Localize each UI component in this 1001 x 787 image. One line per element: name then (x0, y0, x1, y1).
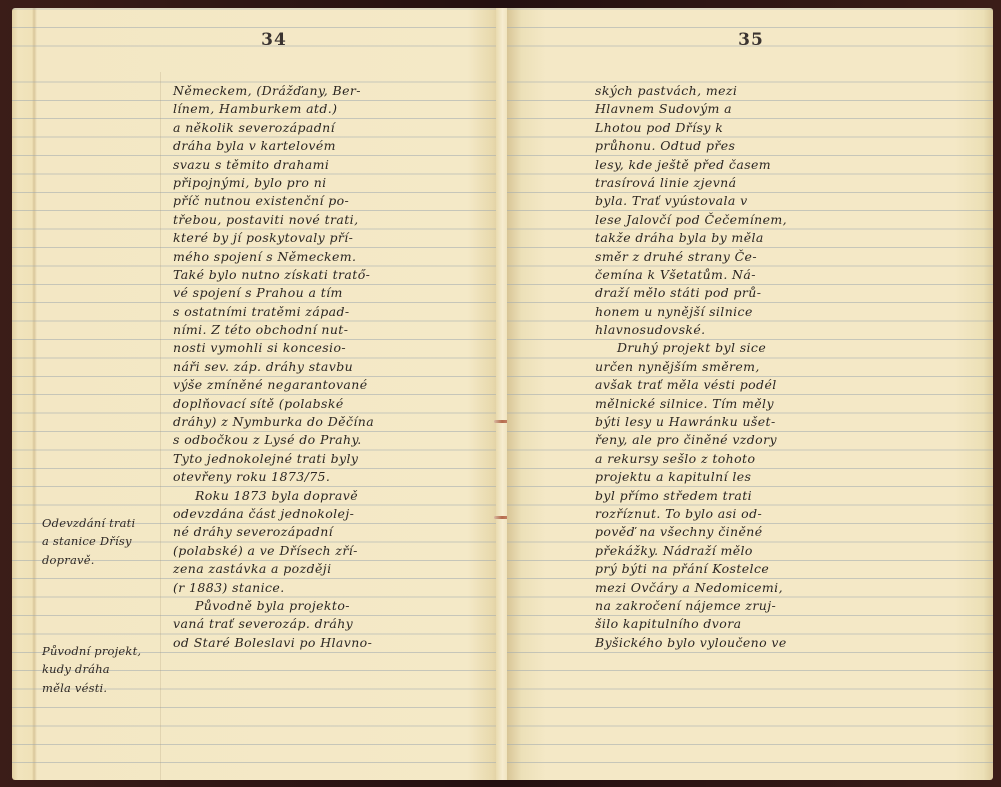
text-line: ských pastvách, mezi (595, 82, 787, 100)
margin-note-line: kudy dráha (42, 660, 141, 678)
margin-note-line: Odevzdání trati (42, 514, 135, 532)
text-line: takže dráha byla by měla (595, 229, 787, 247)
text-line: otevřeny roku 1873/75. (173, 468, 374, 486)
text-line: mého spojení s Německem. (173, 248, 374, 266)
text-line: čemína k Všetatům. Ná- (595, 266, 787, 284)
text-line: projektu a kapitulní les (595, 468, 787, 486)
right-page: 35 ských pastvách, mezi Hlavnem Sudovým … (507, 8, 993, 780)
text-line: lese Jalovčí pod Čečemínem, (595, 211, 787, 229)
text-line: dráhy) z Nymburka do Děčína (173, 413, 374, 431)
text-line: Také bylo nutno získati tratő- (173, 266, 374, 284)
text-line: (polabské) a ve Dřísech zří- (173, 542, 374, 560)
text-line: nosti vymohli si koncesio- (173, 339, 374, 357)
text-line: určen nynějším směrem, (595, 358, 787, 376)
text-line: trasírová linie zjevná (595, 174, 787, 192)
text-line: ními. Z této obchodní nut- (173, 321, 374, 339)
text-line: né dráhy severozápadní (173, 523, 374, 541)
left-main-text: Německem, (Drážďany, Ber- línem, Hamburk… (173, 82, 374, 652)
text-line: prý býti na přání Kostelce (595, 560, 787, 578)
text-line: Druhý projekt byl sice (595, 339, 787, 357)
text-line: honem u nynější silnice (595, 303, 787, 321)
margin-note-line: a stanice Dřísy (42, 532, 135, 550)
margin-note-line: měla vésti. (42, 679, 141, 697)
page-number-right: 35 (721, 30, 781, 50)
left-page: 34 Německem, (Drážďany, Ber- línem, Hamb… (12, 8, 507, 780)
text-line: Roku 1873 byla dopravě (173, 487, 374, 505)
text-line: třebou, postaviti nové trati, (173, 211, 374, 229)
text-line: Byšického bylo vyloučeno ve (595, 634, 787, 652)
text-line: avšak trať měla vésti podél (595, 376, 787, 394)
text-line: Původně byla projekto- (173, 597, 374, 615)
text-line: na zakročení nájemce zruj- (595, 597, 787, 615)
text-line: Hlavnem Sudovým a (595, 100, 787, 118)
text-line: které by jí poskytovaly pří- (173, 229, 374, 247)
text-line: byl přímo středem trati (595, 487, 787, 505)
text-line: směr z druhé strany Če- (595, 248, 787, 266)
text-line: Německem, (Drážďany, Ber- (173, 82, 374, 100)
text-line: vé spojení s Prahou a tím (173, 284, 374, 302)
text-line: řeny, ale pro činěné vzdory (595, 431, 787, 449)
text-line: od Staré Boleslavi po Hlavno- (173, 634, 374, 652)
text-line: a několik severozápadní (173, 119, 374, 137)
text-line: svazu s těmito drahami (173, 156, 374, 174)
text-line: šilo kapitulního dvora (595, 615, 787, 633)
margin-guide (160, 72, 161, 780)
text-line: a rekursy sešlo z tohoto (595, 450, 787, 468)
text-line: s odbočkou z Lysé do Prahy. (173, 431, 374, 449)
text-line: draží mělo státi pod prů- (595, 284, 787, 302)
text-line: línem, Hamburkem atd.) (173, 100, 374, 118)
margin-note-handover: Odevzdání trati a stanice Dřísy dopravě. (42, 514, 135, 569)
text-line: připojnými, bylo pro ni (173, 174, 374, 192)
text-line: lesy, kde ještě před časem (595, 156, 787, 174)
text-line: mělnické silnice. Tím měly (595, 395, 787, 413)
right-main-text: ských pastvách, mezi Hlavnem Sudovým a L… (595, 82, 787, 652)
text-line: Tyto jednokolejné trati byly (173, 450, 374, 468)
text-line: dráha byla v kartelovém (173, 137, 374, 155)
text-line: pověď na všechny činěné (595, 523, 787, 541)
margin-note-line: dopravě. (42, 551, 135, 569)
text-line: průhonu. Odtud přes (595, 137, 787, 155)
text-line: Lhotou pod Dřísy k (595, 119, 787, 137)
text-line: (r 1883) stanice. (173, 579, 374, 597)
text-line: vaná trať severozáp. dráhy (173, 615, 374, 633)
text-line: rozříznut. To bylo asi od- (595, 505, 787, 523)
margin-note-original-project: Původní projekt, kudy dráha měla vésti. (42, 642, 141, 697)
text-line: s ostatními tratěmi západ- (173, 303, 374, 321)
text-line: doplňovací sítě (polabské (173, 395, 374, 413)
text-line: byla. Trať vyústovala v (595, 192, 787, 210)
text-line: náři sev. záp. dráhy stavbu (173, 358, 374, 376)
text-line: výše zmíněné negarantované (173, 376, 374, 394)
text-line: býti lesy u Hawránku ušet- (595, 413, 787, 431)
text-line: odevzdána část jednokolej- (173, 505, 374, 523)
text-line: překážky. Nádraží mělo (595, 542, 787, 560)
text-line: mezi Ovčáry a Nedomicemi, (595, 579, 787, 597)
text-line: zena zastávka a později (173, 560, 374, 578)
text-line: hlavnosudovské. (595, 321, 787, 339)
text-line: příč nutnou existenční po- (173, 192, 374, 210)
page-number-left: 34 (244, 30, 304, 50)
margin-note-line: Původní projekt, (42, 642, 141, 660)
